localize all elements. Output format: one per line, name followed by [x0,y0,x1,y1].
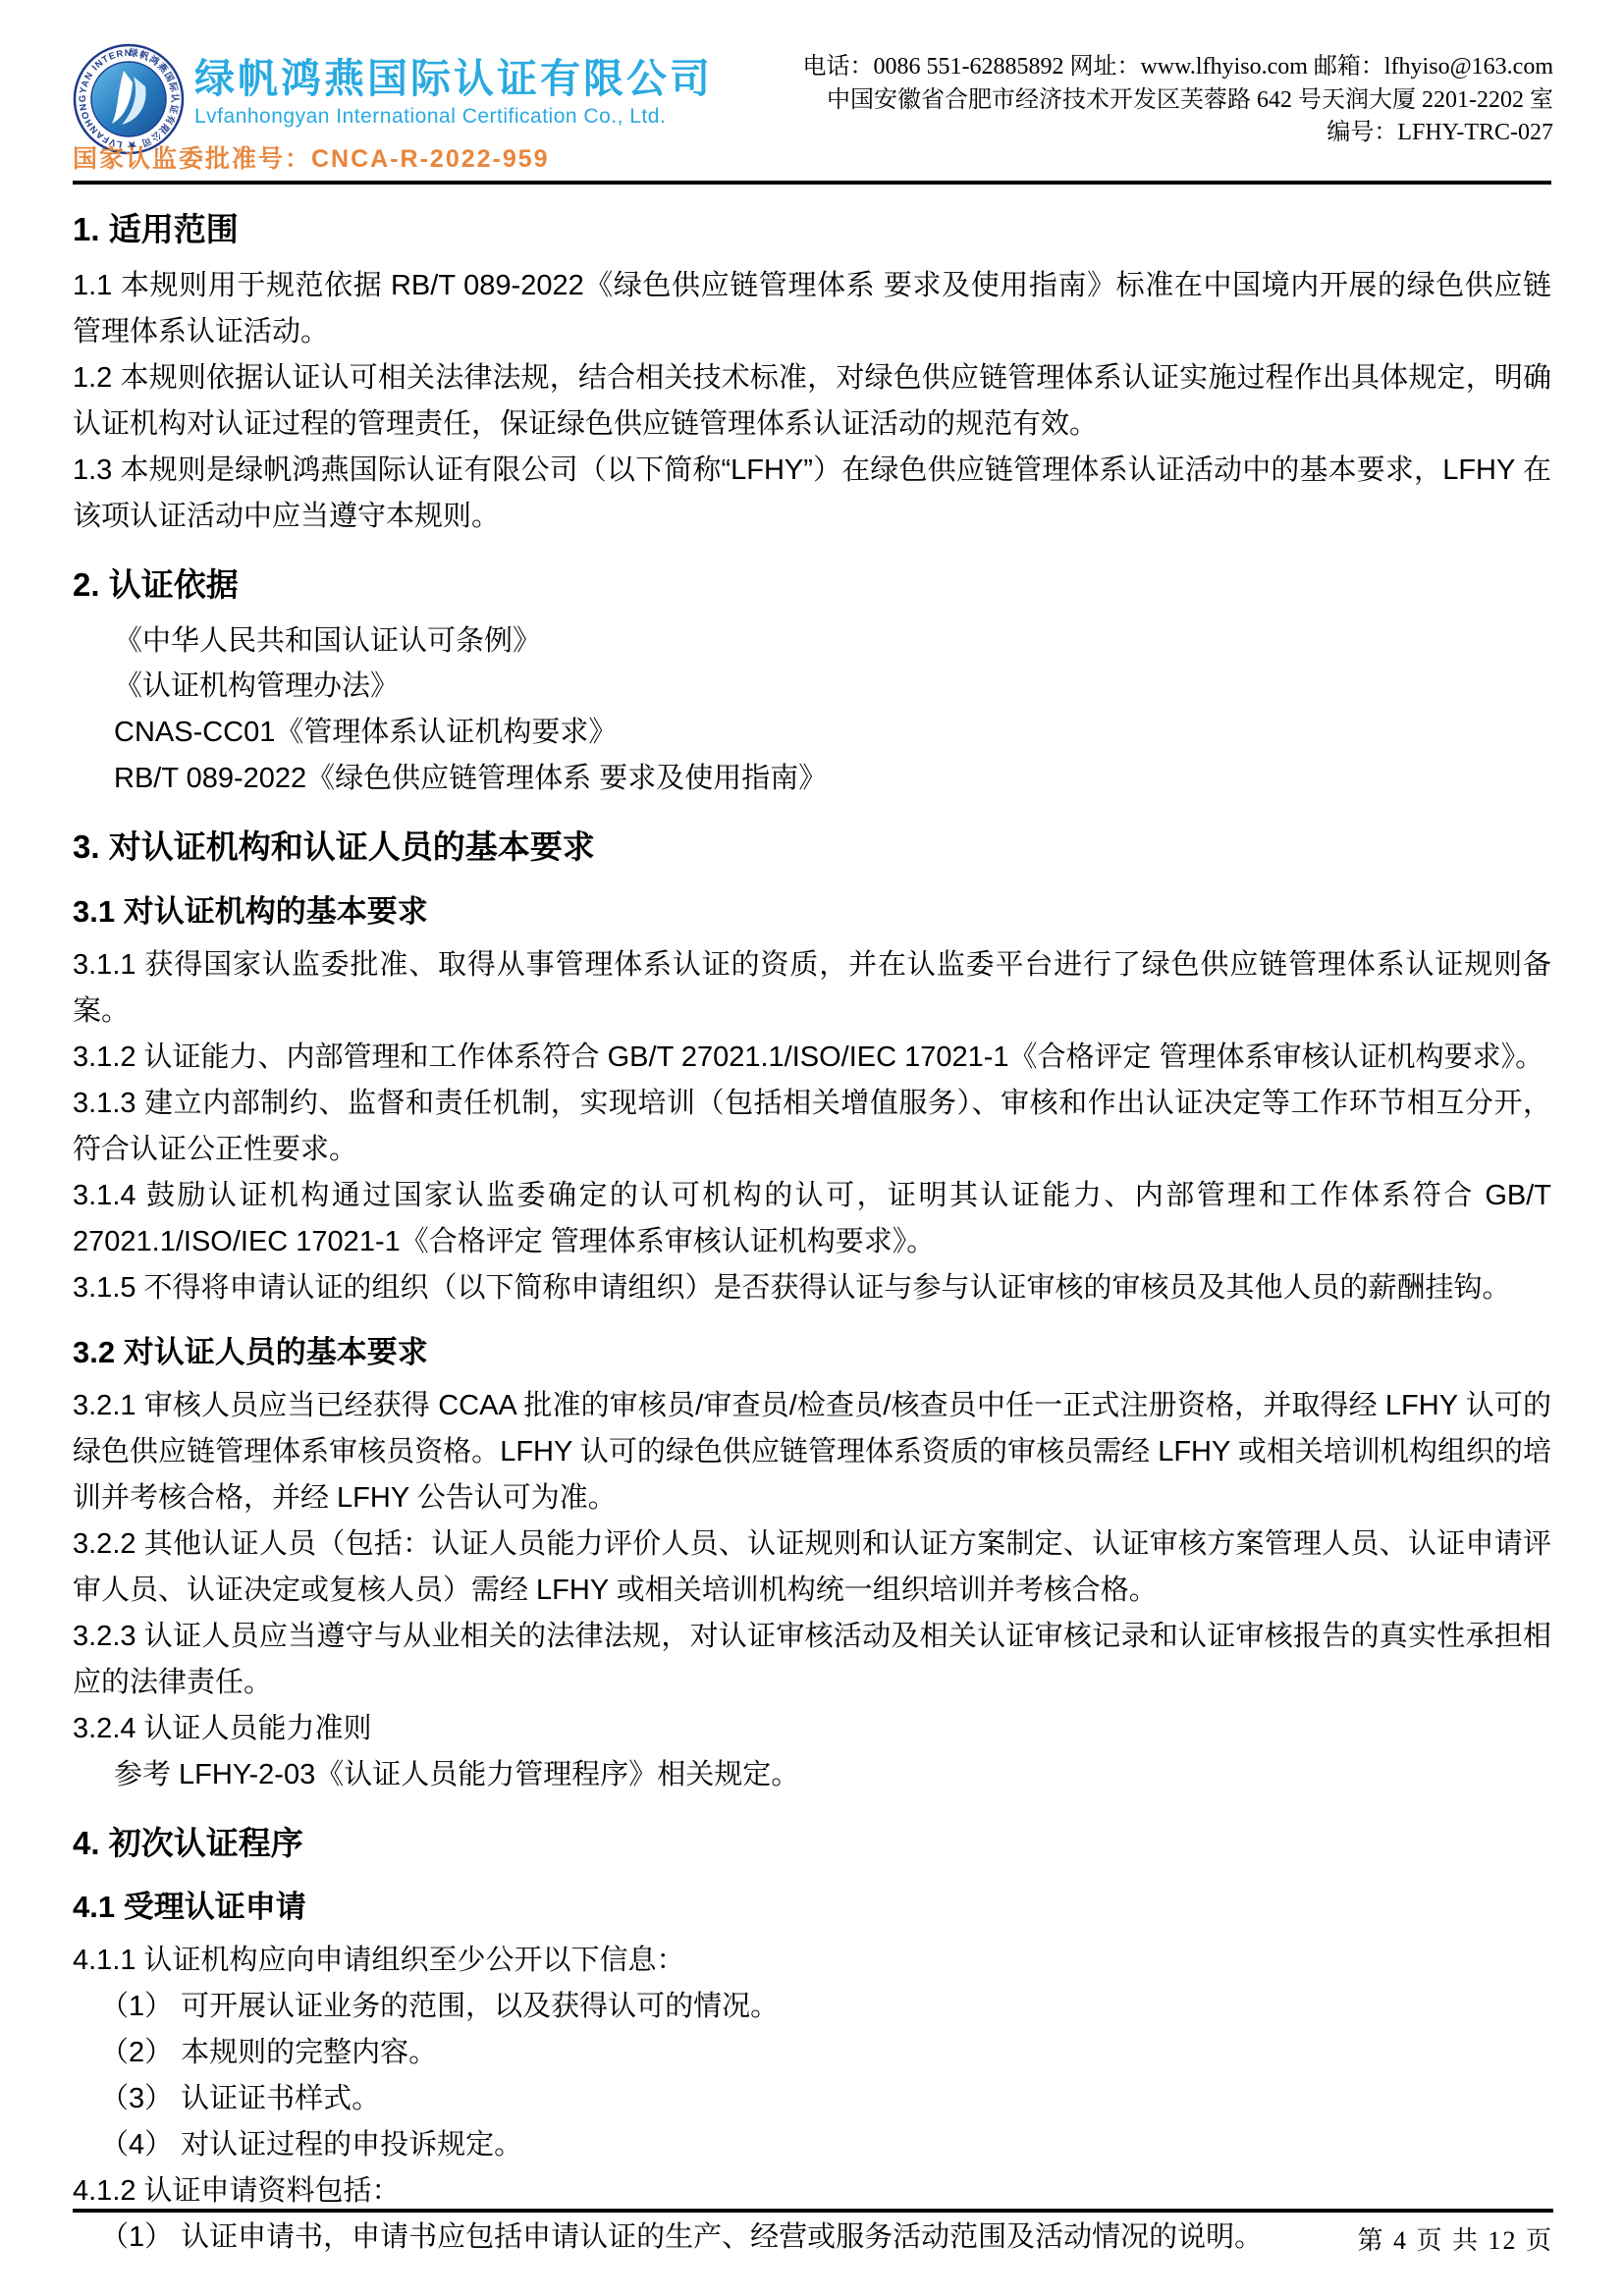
contact-line: 电话：0086 551-62885892 网址：www.lfhyiso.com … [802,51,1553,84]
doc-block-h2: 4.1 受理认证申请 [73,1886,1551,1930]
doc-block-p-indent: 《认证机构管理办法》 [73,664,1551,710]
doc-block-p: 3.1.1 获得国家认监委批准、取得从事管理体系认证的资质，并在认监委平台进行了… [73,942,1551,1035]
doc-block-p: 3.2.1 审核人员应当已经获得 CCAA 批准的审核员/审查员/检查员/核查员… [73,1383,1551,1522]
doc-block-h2: 3.2 对认证人员的基本要求 [73,1331,1551,1375]
doc-block-p-list: （1） 可开展认证业务的范围，以及获得认可的情况。 [73,1984,1551,2030]
doc-block-p-indent: 参考 LFHY-2-03《认证人员能力管理程序》相关规定。 [73,1752,1551,1798]
doc-block-h1: 3. 对认证机构和认证人员的基本要求 [73,824,1551,871]
company-names: 绿帆鸿燕国际认证有限公司 Lvfanhongyan International … [194,43,713,129]
doc-block-p: 1.1 本规则用于规范依据 RB/T 089-2022《绿色供应链管理体系 要求… [73,263,1551,355]
doc-block-p: 1.3 本规则是绿帆鸿燕国际认证有限公司（以下简称“LFHY”）在绿色供应链管理… [73,448,1551,540]
document-page: 绿帆鸿燕国际认证有限公司 ★ LVFANHONGYAN INTERNATIONA… [0,0,1624,2296]
doc-block-h2: 3.1 对认证机构的基本要求 [73,890,1551,934]
footer-divider [73,2209,1553,2213]
doc-block-p: 4.1.1 认证机构应向申请组织至少公开以下信息： [73,1938,1551,1984]
address-line: 中国安徽省合肥市经济技术开发区芙蓉路 642 号天润大厦 2201-2202 室 [802,84,1553,118]
doc-block-p: 3.1.5 不得将申请认证的组织（以下简称申请组织）是否获得认证与参与认证审核的… [73,1265,1551,1311]
doc-block-p: 1.2 本规则依据认证认可相关法律法规，结合相关技术标准，对绿色供应链管理体系认… [73,355,1551,448]
doc-block-p-indent: 《中华人民共和国认证认可条例》 [73,618,1551,665]
page-indicator: 第 4 页 共 12 页 [73,2220,1553,2257]
doc-block-h1: 4. 初次认证程序 [73,1820,1551,1867]
header-divider [73,181,1551,185]
doc-block-p: 3.2.2 其他认证人员（包括：认证人员能力评价人员、认证规则和认证方案制定、认… [73,1522,1551,1614]
doc-block-p: 3.1.4 鼓励认证机构通过国家认监委确定的认可机构的认可，证明其认证能力、内部… [73,1173,1551,1265]
page-header: 绿帆鸿燕国际认证有限公司 ★ LVFANHONGYAN INTERNATIONA… [0,0,1624,175]
doc-block-p-indent: RB/T 089-2022《绿色供应链管理体系 要求及使用指南》 [73,756,1551,802]
header-contact-block: 电话：0086 551-62885892 网址：www.lfhyiso.com … [802,51,1553,150]
doc-block-h1: 1. 适用范围 [73,206,1551,253]
doc-block-p: 3.2.4 认证人员能力准则 [73,1706,1551,1752]
doc-block-p: 3.2.3 认证人员应当遵守与从业相关的法律法规，对认证审核活动及相关认证审核记… [73,1614,1551,1706]
doc-block-p-list: （2） 本规则的完整内容。 [73,2030,1551,2076]
company-name-en: Lvfanhongyan International Certification… [194,105,713,129]
document-number: 编号：LFHY-TRC-027 [802,117,1553,150]
doc-block-p-list: （3） 认证证书样式。 [73,2076,1551,2122]
doc-block-p-list: （4） 对认证过程的申投诉规定。 [73,2122,1551,2168]
company-name-cn: 绿帆鸿燕国际认证有限公司 [194,57,713,101]
document-body: 1. 适用范围1.1 本规则用于规范依据 RB/T 089-2022《绿色供应链… [73,206,1551,2261]
doc-block-p-indent: CNAS-CC01《管理体系认证机构要求》 [73,710,1551,756]
doc-block-h1: 2. 认证依据 [73,561,1551,609]
doc-block-p: 3.1.2 认证能力、内部管理和工作体系符合 GB/T 27021.1/ISO/… [73,1035,1551,1081]
page-footer: 第 4 页 共 12 页 [73,2209,1553,2257]
company-logo-icon: 绿帆鸿燕国际认证有限公司 ★ LVFANHONGYAN INTERNATIONA… [73,43,185,155]
doc-block-p: 3.1.3 建立内部制约、监督和责任机制，实现培训（包括相关增值服务）、审核和作… [73,1081,1551,1173]
